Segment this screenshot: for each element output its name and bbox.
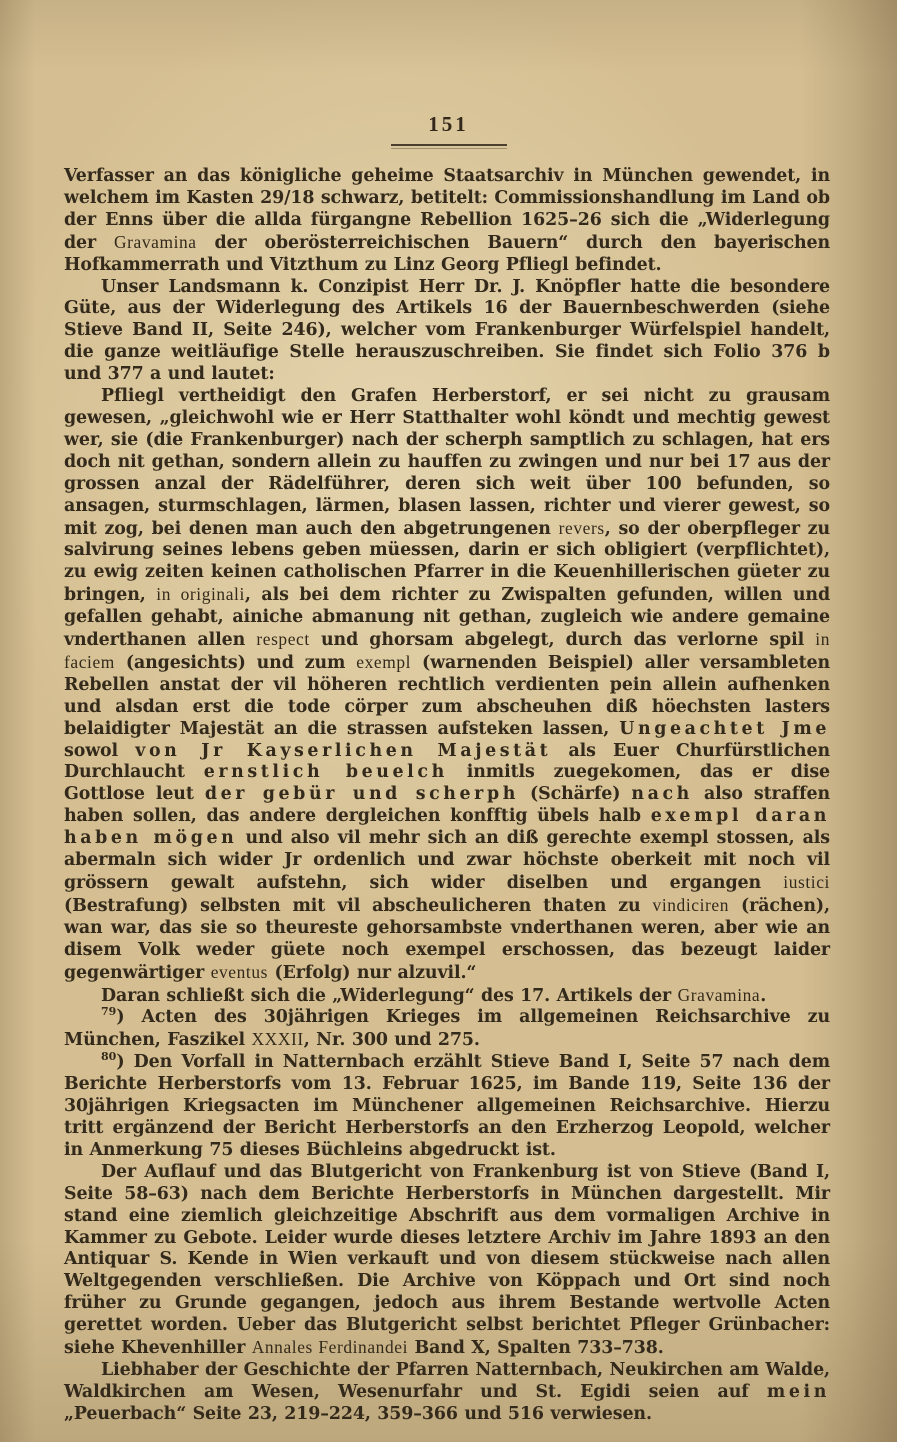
page-number: 151: [428, 112, 469, 137]
text-run: revers: [559, 518, 605, 538]
text-run: Gravamina: [678, 985, 761, 1005]
text-run: XXXII: [252, 1029, 304, 1049]
text-run: (Erfolg) nur alzuvil.“: [268, 963, 476, 983]
paragraph: Liebhaber der Geschichte der Pfarren Nat…: [64, 1360, 830, 1426]
paragraph: 80) Den Vorfall in Natternbach erzählt S…: [64, 1052, 830, 1162]
text-block: Verfasser an das königliche geheime Staa…: [64, 166, 830, 1426]
footnote-marker: 79: [101, 1006, 116, 1019]
text-run: nach: [631, 784, 693, 804]
text-run: Gravamina: [114, 232, 197, 252]
text-run: und ghorsam abgelegt, durch das verlorne…: [310, 630, 815, 650]
page-header: 151: [0, 112, 897, 149]
text-run: mein: [767, 1382, 830, 1402]
paragraph: Unser Landsmann k. Conzipist Herr Dr. J.…: [64, 277, 830, 387]
text-run: Der Auflauf und das Blutgericht von Fran…: [64, 1162, 830, 1358]
text-run: eventus: [211, 962, 268, 982]
text-run: (angesichts) und zum: [115, 653, 356, 673]
text-run: .: [760, 986, 766, 1006]
text-run: in originali: [156, 584, 245, 604]
text-run: Liebhaber der Geschichte der Pfarren Nat…: [64, 1360, 830, 1402]
text-run: Annales Ferdinandei: [252, 1337, 408, 1357]
footnote-marker: 80: [101, 1050, 116, 1063]
text-run: Unser Landsmann k. Conzipist Herr Dr. J.…: [64, 277, 830, 385]
text-run: (Bestrafung) selbsten mit vil abscheulic…: [64, 896, 653, 916]
text-run: Daran schließt sich die „Widerlegung“ de…: [101, 986, 678, 1006]
text-run: sowol: [64, 741, 135, 761]
book-page: 151 Verfasser an das königliche geheime …: [0, 0, 897, 1442]
text-run: iustici: [783, 872, 830, 892]
text-run: Ungeachtet Jme: [619, 719, 830, 739]
text-run: ) Den Vorfall in Natternbach erzählt Sti…: [64, 1052, 830, 1160]
text-run: ernstlich beuelch: [204, 762, 448, 782]
text-run: (Schärfe): [519, 784, 631, 804]
text-run: „Peuerbach“ Seite 23, 219–224, 359–366 u…: [64, 1404, 652, 1424]
paragraph: Der Auflauf und das Blutgericht von Fran…: [64, 1162, 830, 1360]
paragraph: 79) Acten des 30jährigen Krieges im allg…: [64, 1007, 830, 1052]
text-run: von Jr Kayserlichen Majestät: [135, 741, 551, 761]
text-run: der gebür und scherph: [205, 784, 519, 804]
text-run: respect: [256, 629, 309, 649]
paragraph: Verfasser an das königliche geheime Staa…: [64, 166, 830, 277]
page-number-rule: [391, 144, 507, 149]
text-run: exempl: [356, 652, 411, 672]
text-run: Pfliegl vertheidigt den Grafen Herbersto…: [64, 386, 830, 538]
paragraph: Pfliegl vertheidigt den Grafen Herbersto…: [64, 386, 830, 984]
text-run: vindiciren: [653, 895, 730, 915]
text-run: , Nr. 300 und 275.: [304, 1030, 480, 1050]
paragraph: Daran schließt sich die „Widerlegung“ de…: [64, 985, 830, 1008]
text-run: Band X, Spalten 733–738.: [408, 1338, 664, 1358]
